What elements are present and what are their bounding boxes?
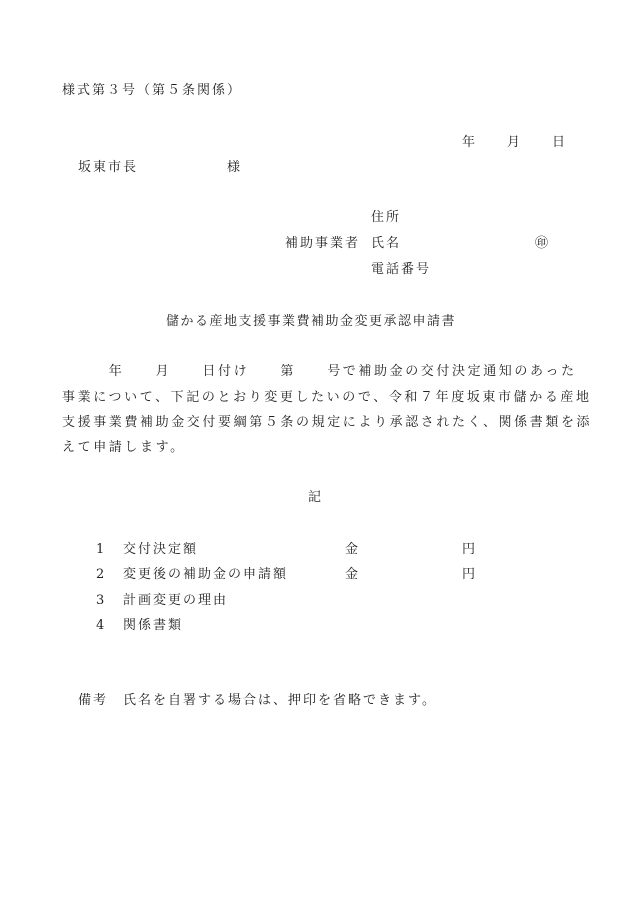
date-month-label: 月 [507, 136, 520, 149]
item-label: 計画変更の理由 [123, 594, 228, 607]
applicant-phone-label: 電話番号 [371, 263, 431, 276]
note-label: 備考 [78, 694, 108, 707]
body-line-3: 支援事業費補助金交付要綱第５条の規定により承認されたく、関係書類を添 [62, 416, 592, 429]
applicant-address-label: 住所 [371, 211, 401, 224]
date-year-label: 年 [462, 136, 475, 149]
addressee-name: 坂東市長 [78, 161, 138, 174]
item-label: 交付決定額 [123, 543, 198, 556]
applicant-name-label: 氏名 [371, 237, 401, 250]
item-label: 関係書類 [123, 619, 183, 632]
item-suffix: 円 [462, 543, 475, 556]
body-line-4: えて申請します。 [62, 441, 186, 454]
item-prefix: 金 [345, 568, 358, 581]
addressee-honorific: 様 [227, 161, 240, 174]
applicant-role-label: 補助事業者 [285, 237, 360, 250]
note-text: 氏名を自署する場合は、押印を省略できます。 [123, 694, 437, 707]
item-label: 変更後の補助金の申請額 [123, 568, 288, 581]
seal-icon: ㊞ [535, 237, 548, 250]
ki-label: 記 [308, 491, 321, 504]
item-prefix: 金 [345, 543, 358, 556]
body-line-2: 事業について、下記のとおり変更したいので、令和７年度坂東市儲かる産地 [62, 391, 592, 404]
item-number: 4 [96, 619, 104, 632]
item-number: 2 [96, 568, 104, 581]
item-number: 3 [96, 594, 104, 607]
date-day-label: 日 [552, 136, 565, 149]
form-number: 様式第３号（第５条関係） [62, 84, 242, 97]
document-title: 儲かる産地支援事業費補助金変更承認申請書 [166, 315, 456, 328]
body-line-1: 年 月 日付け 第 号で補助金の交付決定通知のあった [62, 365, 577, 378]
item-number: 1 [96, 543, 104, 556]
item-suffix: 円 [462, 568, 475, 581]
